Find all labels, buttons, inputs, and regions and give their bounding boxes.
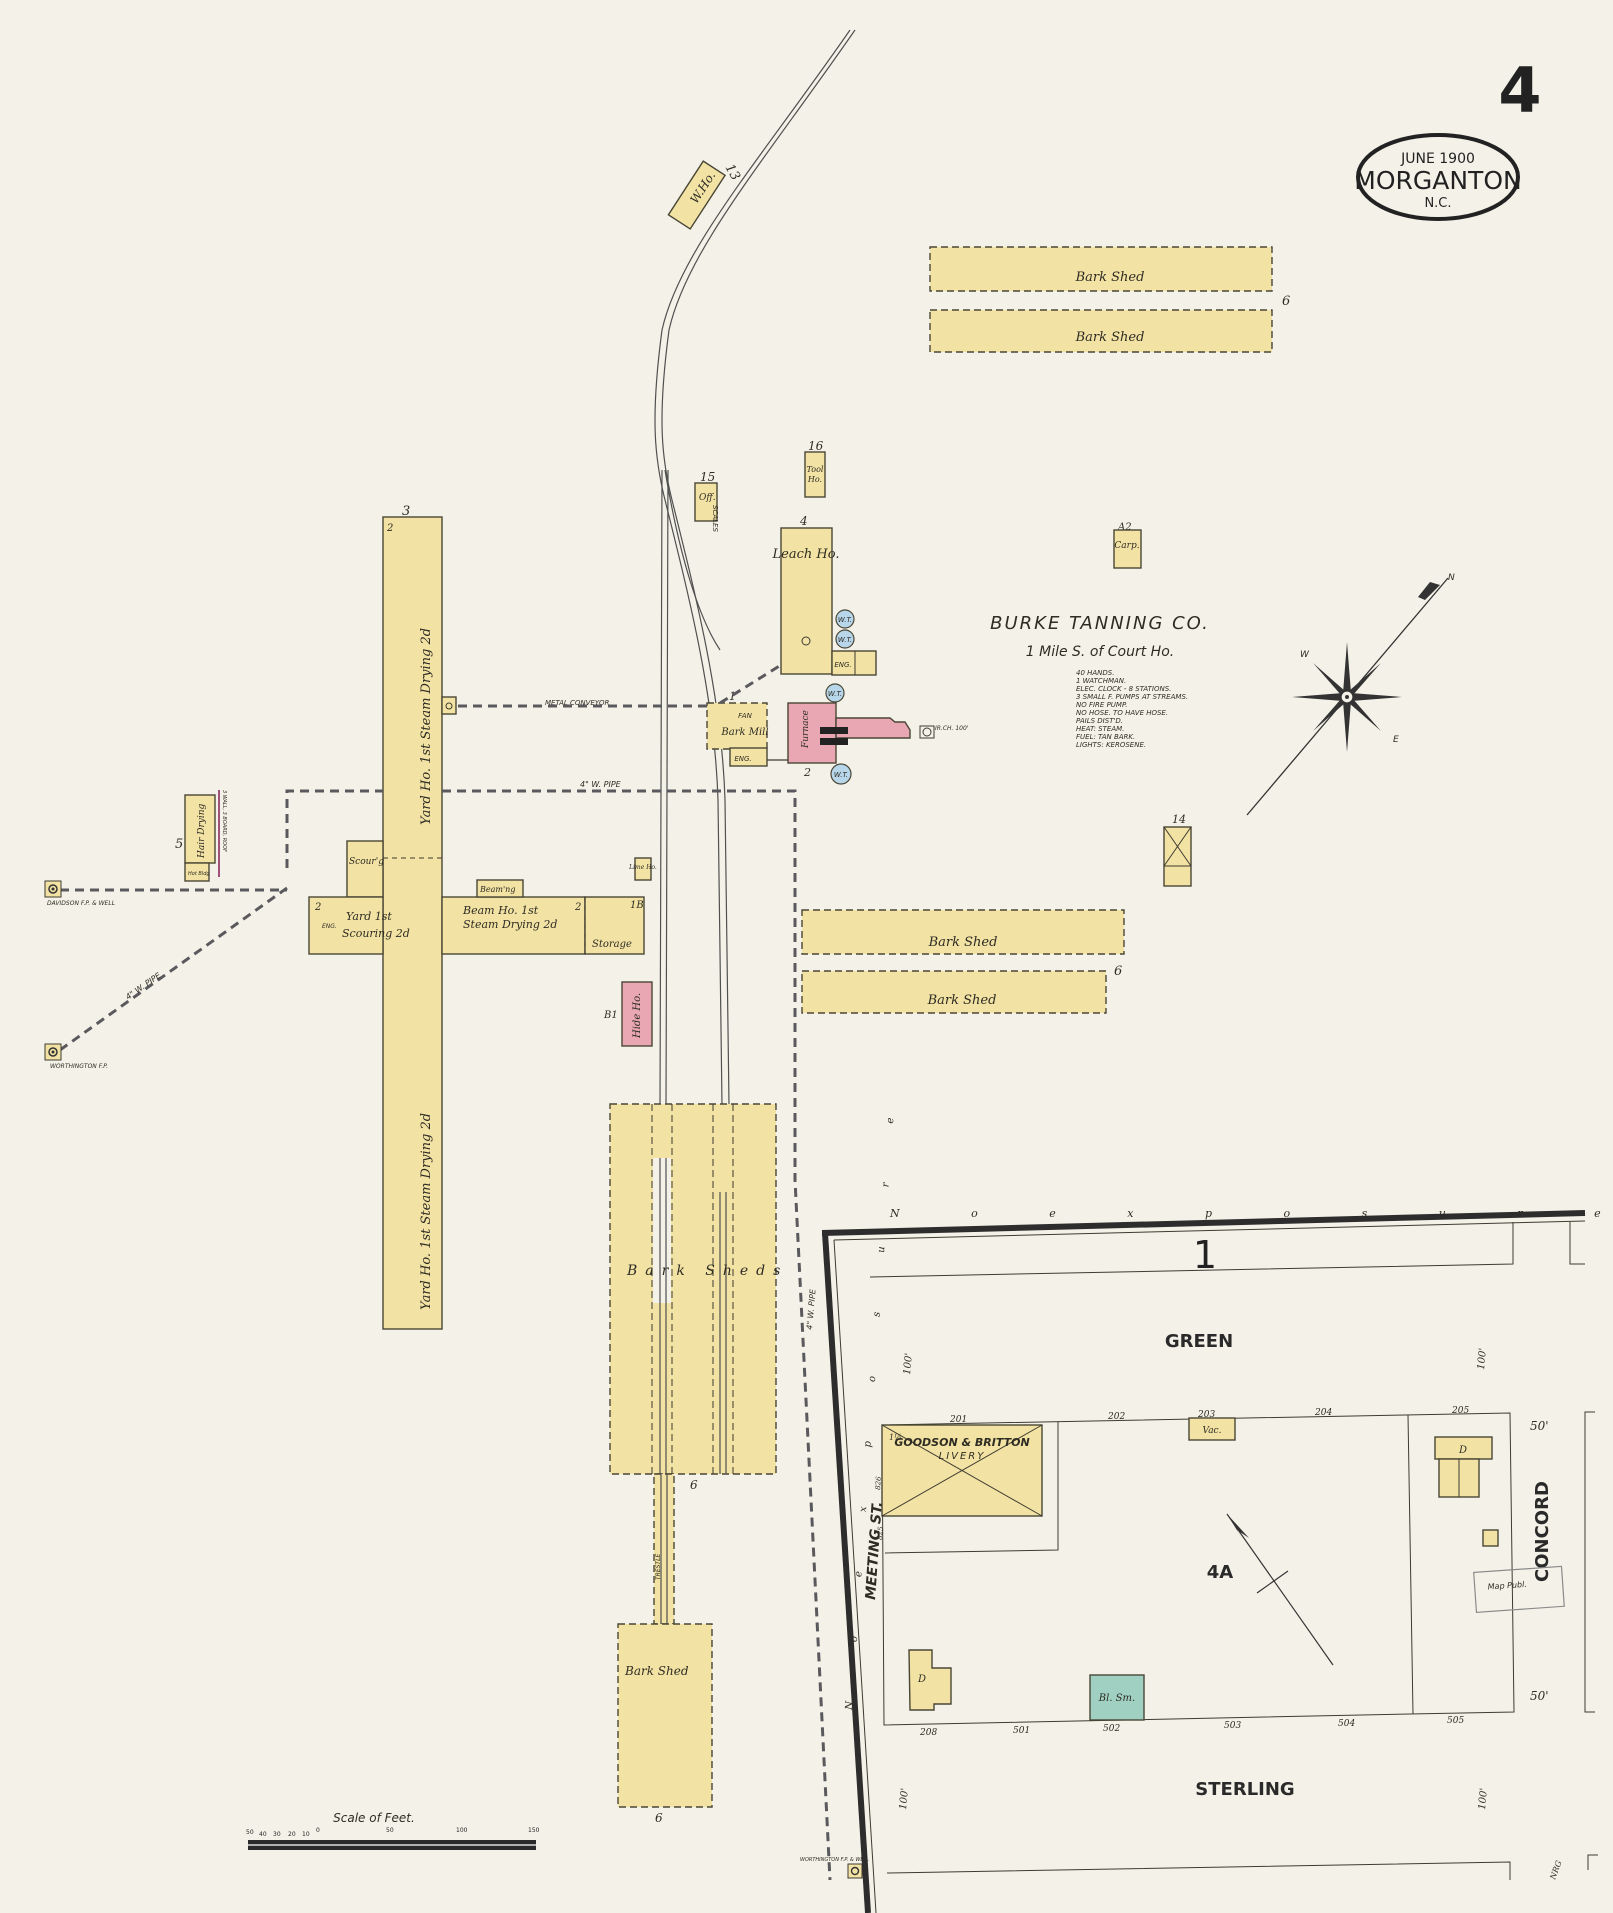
svg-text:GOODSON & BRITTON: GOODSON & BRITTON: [894, 1436, 1029, 1449]
svg-text:PAILS DIST'D.: PAILS DIST'D.: [1076, 717, 1123, 725]
svg-text:ENG.: ENG.: [322, 923, 337, 930]
svg-text:100': 100': [1477, 1788, 1490, 1811]
svg-text:TRESTLE: TRESTLE: [655, 1554, 662, 1580]
svg-text:40 HANDS.: 40 HANDS.: [1076, 669, 1114, 677]
svg-text:Yard Ho. 1st Steam Drying 2d: Yard Ho. 1st Steam Drying 2d: [419, 628, 434, 825]
sanborn-map-sheet: 4 JUNE 1900 MORGANTON N.C. W.Ho. 13 Bark…: [0, 0, 1613, 1913]
svg-text:LIVERY: LIVERY: [939, 1451, 986, 1462]
svg-text:0: 0: [316, 1827, 320, 1834]
svg-text:100': 100': [902, 1353, 915, 1376]
svg-text:W.T.: W.T.: [838, 616, 852, 624]
svg-text:15: 15: [700, 470, 715, 484]
svg-text:NRG: NRG: [1548, 1859, 1564, 1882]
davidson-fire-pump: DAVIDSON F.P. & WELL: [45, 881, 115, 907]
svg-text:502: 502: [1103, 1724, 1120, 1734]
goodson-britton-livery: GOODSON & BRITTON LIVERY 1½: [882, 1425, 1042, 1516]
scale-title: Scale of Feet.: [333, 1811, 415, 1825]
hair-drying: 5 Hair Drying Hot Bldg 3 WALL, 3 BOARD, …: [175, 790, 227, 881]
svg-text:Hair Drying: Hair Drying: [197, 803, 207, 859]
svg-text:Hot Bldg: Hot Bldg: [188, 871, 210, 877]
svg-text:Storage: Storage: [592, 939, 632, 950]
svg-text:Hide Ho.: Hide Ho.: [632, 993, 643, 1039]
svg-text:505: 505: [1447, 1716, 1464, 1726]
svg-text:503: 503: [1224, 1721, 1241, 1731]
svg-text:LIGHTS: KEROSENE.: LIGHTS: KEROSENE.: [1076, 741, 1146, 749]
svg-text:3 SMALL F. PUMPS AT STREAMS.: 3 SMALL F. PUMPS AT STREAMS.: [1076, 693, 1188, 701]
bark-shed-top-num: 6: [1282, 294, 1290, 309]
svg-text:1 WATCHMAN.: 1 WATCHMAN.: [1076, 677, 1126, 685]
svg-text:20: 20: [288, 1831, 296, 1838]
svg-text:Vac.: Vac.: [1203, 1426, 1222, 1436]
trestle: TRESTLE: [654, 1474, 674, 1624]
office-15: 15 Off. SCALES: [695, 470, 719, 532]
svg-text:14: 14: [1172, 813, 1186, 826]
svg-text:6: 6: [690, 1478, 698, 1492]
bark-sheds-large: Bark Sheds 6: [610, 1104, 788, 1492]
svg-text:4: 4: [799, 514, 808, 528]
svg-text:Lime Ho.: Lime Ho.: [628, 864, 657, 871]
metal-conveyor-label: METAL CONVEYOR: [545, 699, 610, 707]
svg-text:ENG.: ENG.: [734, 755, 751, 763]
block-number: 1: [1193, 1233, 1217, 1277]
svg-text:50: 50: [246, 1829, 254, 1836]
city-name: MORGANTON: [1354, 166, 1521, 195]
scale-bar: Scale of Feet. 50 40 30 20 10 0 50 100 1…: [246, 1811, 540, 1850]
bark-shed-mid-2: Bark Shed: [802, 971, 1106, 1013]
svg-text:WORTHINGTON F.P.: WORTHINGTON F.P.: [50, 1063, 108, 1070]
bark-shed-top-2: Bark Shed: [930, 310, 1272, 352]
svg-text:D: D: [1458, 1445, 1467, 1456]
bark-shed-bottom: Bark Shed 6: [618, 1624, 712, 1825]
pipe-label-diagonal: 4" W. PIPE: [124, 970, 163, 1001]
svg-text:2: 2: [574, 902, 581, 913]
svg-text:NO FIRE PUMP.: NO FIRE PUMP.: [1076, 701, 1127, 709]
svg-text:Tool: Tool: [807, 465, 824, 474]
state-name: N.C.: [1424, 196, 1451, 211]
svg-text:FUEL: TAN BARK.: FUEL: TAN BARK.: [1076, 733, 1135, 741]
pipe-label-vertical: 4" W. PIPE: [805, 1288, 818, 1330]
warehouse-num: 13: [722, 162, 743, 184]
svg-text:Beam Ho. 1st: Beam Ho. 1st: [462, 904, 539, 917]
worthington-well: WORTHINGTON F.P. & WELL: [800, 1857, 869, 1878]
svg-text:W.T.: W.T.: [838, 636, 852, 644]
svg-text:Map Publ.: Map Publ.: [1487, 1580, 1527, 1592]
outbuilding: [1483, 1530, 1498, 1546]
sheet-date: JUNE 1900: [1400, 151, 1475, 167]
hide-house: B1 Hide Ho.: [603, 982, 652, 1046]
compass-rose-icon: N W E: [1247, 573, 1455, 815]
block-4a-label: 4A: [1207, 1562, 1234, 1583]
svg-text:Bark Mill: Bark Mill: [720, 727, 768, 738]
svg-text:HEAT: STEAM.: HEAT: STEAM.: [1076, 725, 1124, 733]
town-block: N o e x p o s u r e N o e x p o s u r e …: [822, 1089, 1613, 1913]
svg-text:Yard Ho. 1st Steam Drying 2d: Yard Ho. 1st Steam Drying 2d: [419, 1113, 434, 1310]
lime-house: Lime Ho.: [628, 858, 657, 880]
svg-text:IR.CH. 100': IR.CH. 100': [935, 725, 969, 732]
svg-text:Beam'ng: Beam'ng: [479, 885, 515, 894]
svg-text:Bark Shed: Bark Shed: [1075, 330, 1145, 345]
svg-text:WORTHINGTON F.P. & WELL: WORTHINGTON F.P. & WELL: [800, 1857, 869, 1863]
svg-text:Bark Shed: Bark Shed: [928, 935, 998, 950]
svg-text:825: 825: [876, 1526, 885, 1540]
svg-text:Furnace: Furnace: [801, 710, 811, 749]
bark-shed-mid-num: 6: [1114, 964, 1122, 979]
svg-text:100: 100: [456, 1827, 468, 1834]
svg-text:E: E: [1393, 735, 1399, 745]
svg-text:205: 205: [1451, 1406, 1469, 1416]
bark-shed-mid-1: Bark Shed: [802, 910, 1124, 954]
svg-text:50': 50': [1530, 1689, 1549, 1703]
company-info: BURKE TANNING CO. 1 Mile S. of Court Ho.…: [990, 613, 1210, 749]
svg-text:DAVIDSON F.P. & WELL: DAVIDSON F.P. & WELL: [47, 900, 115, 907]
svg-text:Bl. Sm.: Bl. Sm.: [1098, 1693, 1135, 1704]
svg-text:1B: 1B: [630, 900, 644, 911]
carpenter-shop: A2 Carp.: [1114, 522, 1141, 568]
no-exposure-top: N o e x p o s u r e: [889, 1207, 1613, 1220]
svg-text:Leach Ho.: Leach Ho.: [772, 547, 840, 562]
vacant-building: Vac.: [1189, 1418, 1235, 1440]
svg-text:100': 100': [898, 1788, 911, 1811]
dwelling-right: D: [1435, 1437, 1492, 1497]
svg-text:50': 50': [1530, 1419, 1549, 1433]
svg-text:FAN: FAN: [738, 712, 752, 720]
svg-text:Bark Shed: Bark Shed: [1075, 270, 1145, 285]
svg-text:D: D: [917, 1674, 926, 1685]
svg-text:SCALES: SCALES: [711, 505, 719, 532]
svg-text:Carp.: Carp.: [1114, 541, 1139, 551]
warehouse-13: W.Ho.: [668, 161, 725, 229]
svg-text:2: 2: [386, 523, 393, 534]
no-exposure-side: N o e x p o s u r e: [844, 1089, 898, 1711]
svg-text:Bark Shed: Bark Shed: [927, 993, 997, 1008]
shed-14: 14: [1164, 813, 1191, 886]
pipe-label: 4" W. PIPE: [580, 780, 622, 789]
blacksmith-shop: Bl. Sm.: [1090, 1675, 1144, 1720]
svg-text:ENG.: ENG.: [834, 661, 851, 669]
street-green: GREEN: [1165, 1331, 1233, 1352]
svg-text:5: 5: [175, 837, 183, 852]
svg-text:Steam Drying 2d: Steam Drying 2d: [463, 918, 557, 931]
svg-text:3 WALL, 3 BOARD, ROOF: 3 WALL, 3 BOARD, ROOF: [221, 790, 227, 852]
svg-text:W.T.: W.T.: [828, 690, 842, 698]
svg-text:2: 2: [314, 902, 321, 913]
tool-house-16: 16 Tool Ho.: [805, 439, 825, 497]
bark-shed-top-1: Bark Shed: [930, 247, 1272, 291]
beam-house: Beam Ho. 1st Steam Drying 2d 2 Beam'ng: [442, 880, 585, 954]
svg-text:501: 501: [1013, 1726, 1030, 1736]
svg-text:30: 30: [273, 1831, 281, 1838]
svg-text:204: 204: [1314, 1408, 1332, 1418]
svg-text:40: 40: [259, 1831, 267, 1838]
company-name: BURKE TANNING CO.: [990, 613, 1210, 634]
sheet-header: 4 JUNE 1900 MORGANTON N.C.: [1354, 54, 1541, 219]
sheet-number: 4: [1498, 54, 1541, 127]
svg-text:Bark Shed: Bark Shed: [624, 1664, 689, 1678]
svg-text:6: 6: [655, 1811, 663, 1825]
svg-text:W.T.: W.T.: [834, 771, 848, 779]
north-arrow-icon: [1227, 1514, 1333, 1665]
svg-text:208: 208: [919, 1728, 937, 1738]
svg-text:50: 50: [386, 1827, 394, 1834]
svg-text:NO HOSE. TO HAVE HOSE.: NO HOSE. TO HAVE HOSE.: [1076, 709, 1168, 717]
svg-text:201: 201: [949, 1415, 967, 1425]
svg-text:Scouring 2d: Scouring 2d: [342, 927, 410, 940]
svg-text:Bark Sheds: Bark Sheds: [626, 1263, 788, 1279]
svg-text:ELEC. CLOCK - 8 STATIONS.: ELEC. CLOCK - 8 STATIONS.: [1076, 685, 1171, 693]
svg-text:100': 100': [1476, 1348, 1489, 1371]
leach-house: 4 Leach Ho. ENG.: [772, 514, 876, 675]
svg-text:Ho.: Ho.: [807, 475, 822, 484]
svg-text:W: W: [1300, 650, 1310, 660]
svg-text:2: 2: [803, 766, 811, 779]
company-location: 1 Mile S. of Court Ho.: [1026, 644, 1174, 660]
map-canvas: 4 JUNE 1900 MORGANTON N.C. W.Ho. 13 Bark…: [0, 0, 1613, 1913]
svg-text:Scour'g: Scour'g: [349, 857, 384, 867]
dwelling-left: D: [909, 1650, 951, 1710]
svg-text:202: 202: [1107, 1412, 1125, 1422]
svg-text:16: 16: [808, 439, 824, 453]
svg-text:B1: B1: [603, 1010, 618, 1021]
svg-text:1½: 1½: [889, 1433, 902, 1442]
svg-text:504: 504: [1338, 1719, 1355, 1729]
svg-text:150: 150: [528, 1827, 540, 1834]
worthington-fire-pump: WORTHINGTON F.P.: [45, 1044, 108, 1070]
svg-text:Off.: Off.: [699, 493, 716, 503]
svg-text:Yard 1st: Yard 1st: [346, 910, 392, 923]
furnace-building: Furnace IR.CH. 100' 2: [788, 703, 969, 779]
svg-text:N: N: [1448, 573, 1455, 583]
storage-building: 1B Storage: [585, 897, 644, 954]
street-sterling: STERLING: [1195, 1779, 1294, 1800]
svg-text:10: 10: [302, 1831, 310, 1838]
